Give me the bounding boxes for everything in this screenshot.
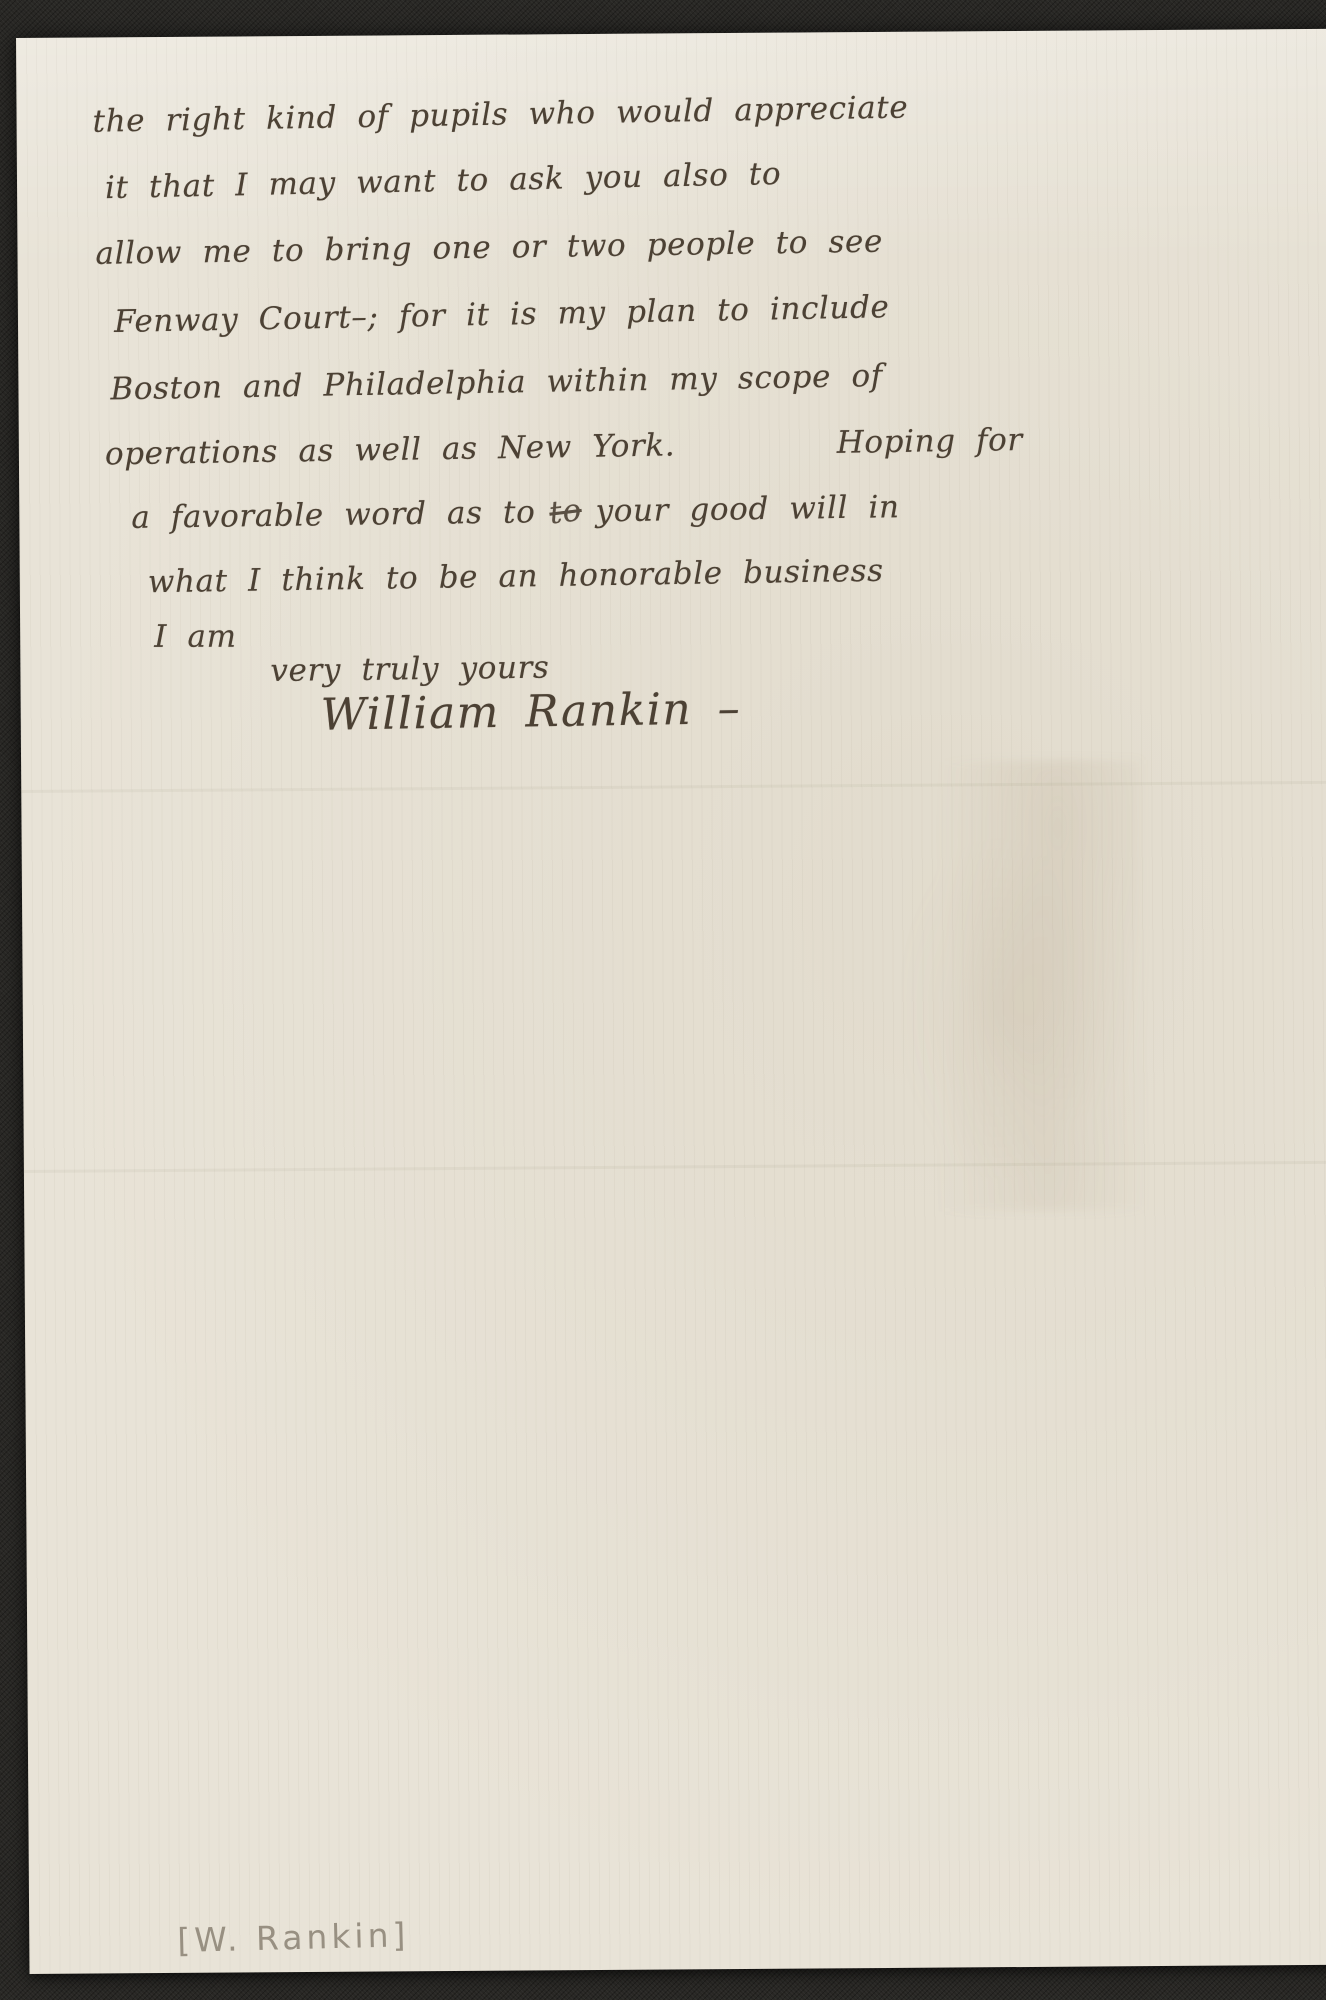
handwriting-line-2: it that I may want to ask you also to — [105, 156, 782, 206]
handwriting-text: Fenway Court–; for it is my plan to incl… — [114, 289, 890, 340]
handwriting-line-9: I am — [154, 619, 236, 655]
handwriting-text: operations as well as New York. — [105, 427, 676, 472]
signature: William Rankin – — [320, 683, 741, 741]
scan-background: { "page": { "background_color": "#292825… — [0, 0, 1326, 2000]
handwriting-text: Hoping for — [836, 422, 1023, 461]
handwriting-text: William Rankin – — [320, 683, 741, 741]
handwriting-text: your good will in — [595, 489, 899, 529]
handwriting-line-10: very truly yours — [270, 650, 549, 689]
handwriting-text: a favorable word as to — [131, 494, 535, 536]
handwriting-text: what I think to be an honorable business — [148, 553, 884, 601]
handwriting-line-5: Boston and Philadelphia within my scope … — [110, 358, 883, 407]
handwriting-text: Boston and Philadelphia within my scope … — [110, 358, 883, 407]
letter-page: the right kind of pupils who would appre… — [16, 29, 1326, 1974]
handwriting-text: very truly yours — [270, 650, 549, 689]
archivist-annotation: [W. Rankin] — [177, 1915, 410, 1960]
handwriting-line-1: the right kind of pupils who would appre… — [92, 90, 908, 140]
handwriting-text: allow me to bring one or two people to s… — [95, 224, 883, 272]
handwriting-line-8: what I think to be an honorable business — [148, 553, 884, 601]
handwriting-line-6: operations as well as New York.Hoping fo… — [105, 422, 1023, 472]
handwriting-line-4: Fenway Court–; for it is my plan to incl… — [114, 289, 890, 340]
handwriting-line-3: allow me to bring one or two people to s… — [95, 224, 883, 272]
handwriting-text: I am — [154, 619, 236, 655]
handwriting-line-7: a favorable word as totoyour good will i… — [131, 489, 900, 536]
struck-out-word: to — [547, 492, 583, 532]
handwriting-text: it that I may want to ask you also to — [105, 156, 782, 206]
handwriting-text: the right kind of pupils who would appre… — [92, 90, 908, 140]
letter-lines: the right kind of pupils who would appre… — [16, 29, 1326, 1974]
